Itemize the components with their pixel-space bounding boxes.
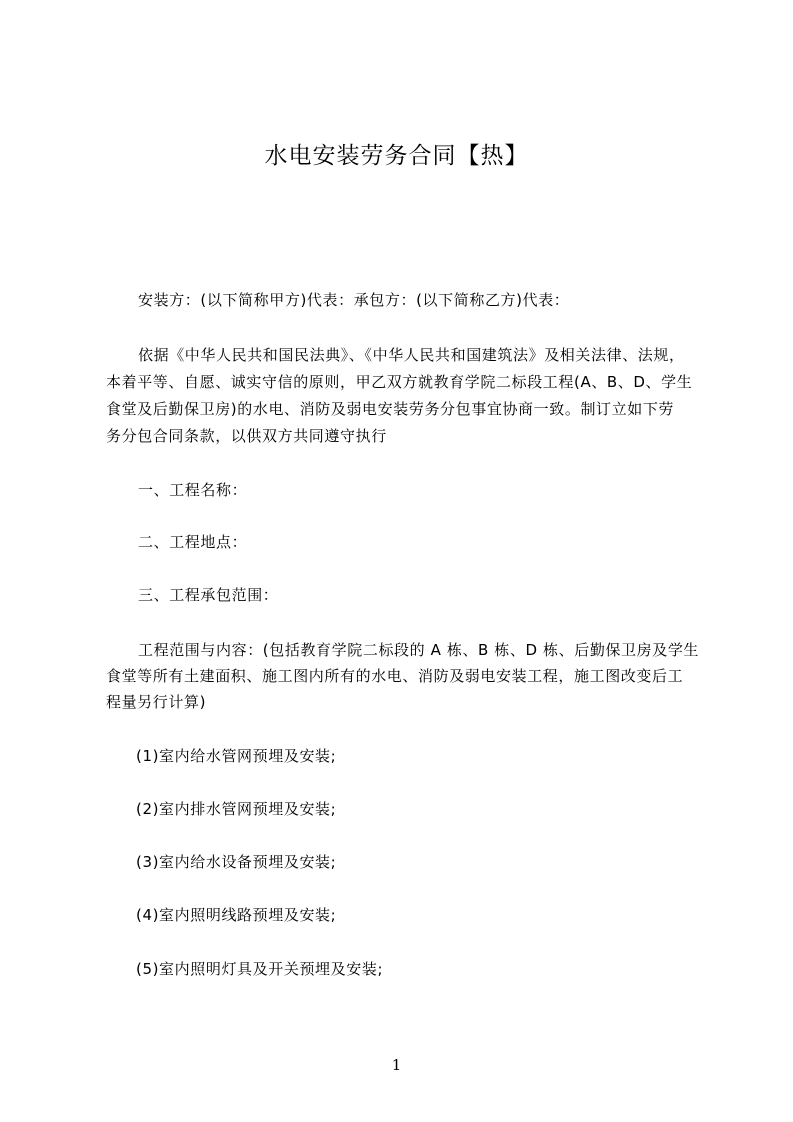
preamble-line: 务分包合同条款，以供双方共同遵守执行 <box>106 426 387 446</box>
preamble-line: 依据《中华人民共和国民法典》、《中华人民共和国建筑法》及相关法律、法规， <box>138 345 685 365</box>
preamble-line: 本着平等、自愿、诚实守信的原则，甲乙双方就教育学院二标段工程(A、B、D、学生 <box>106 372 692 392</box>
scope-line: 食堂等所有土建面积、施工图内所有的水电、消防及弱电安装工程，施工图改变后工 <box>106 666 683 686</box>
scope-item: (5)室内照明灯具及开关预埋及安装; <box>136 959 383 979</box>
preamble-line: 食堂及后勤保卫房)的水电、消防及弱电安装劳务分包事宜协商一致。制订立如下劳 <box>106 399 674 419</box>
document-title: 水电安装劳务合同【热】 <box>0 140 793 172</box>
parties-line: 安装方：(以下简称甲方)代表：承包方：(以下简称乙方)代表： <box>138 290 569 310</box>
section-heading-project-location: 二、工程地点： <box>138 532 247 552</box>
scope-item: (1)室内给水管网预埋及安装; <box>136 746 336 766</box>
scope-item: (2)室内排水管网预埋及安装; <box>136 799 336 819</box>
scope-item: (4)室内照明线路预埋及安装; <box>136 905 336 925</box>
page-number: 1 <box>0 1055 793 1075</box>
document-page: 水电安装劳务合同【热】 安装方：(以下简称甲方)代表：承包方：(以下简称乙方)代… <box>0 0 793 1122</box>
section-heading-project-scope: 三、工程承包范围： <box>138 585 278 605</box>
scope-line: 工程范围与内容：(包括教育学院二标段的 A 栋、B 栋、D 栋、后勤保卫房及学生 <box>138 640 699 660</box>
scope-line: 程量另行计算) <box>106 692 206 712</box>
section-heading-project-name: 一、工程名称： <box>138 480 247 500</box>
scope-item: (3)室内给水设备预埋及安装; <box>136 852 336 872</box>
